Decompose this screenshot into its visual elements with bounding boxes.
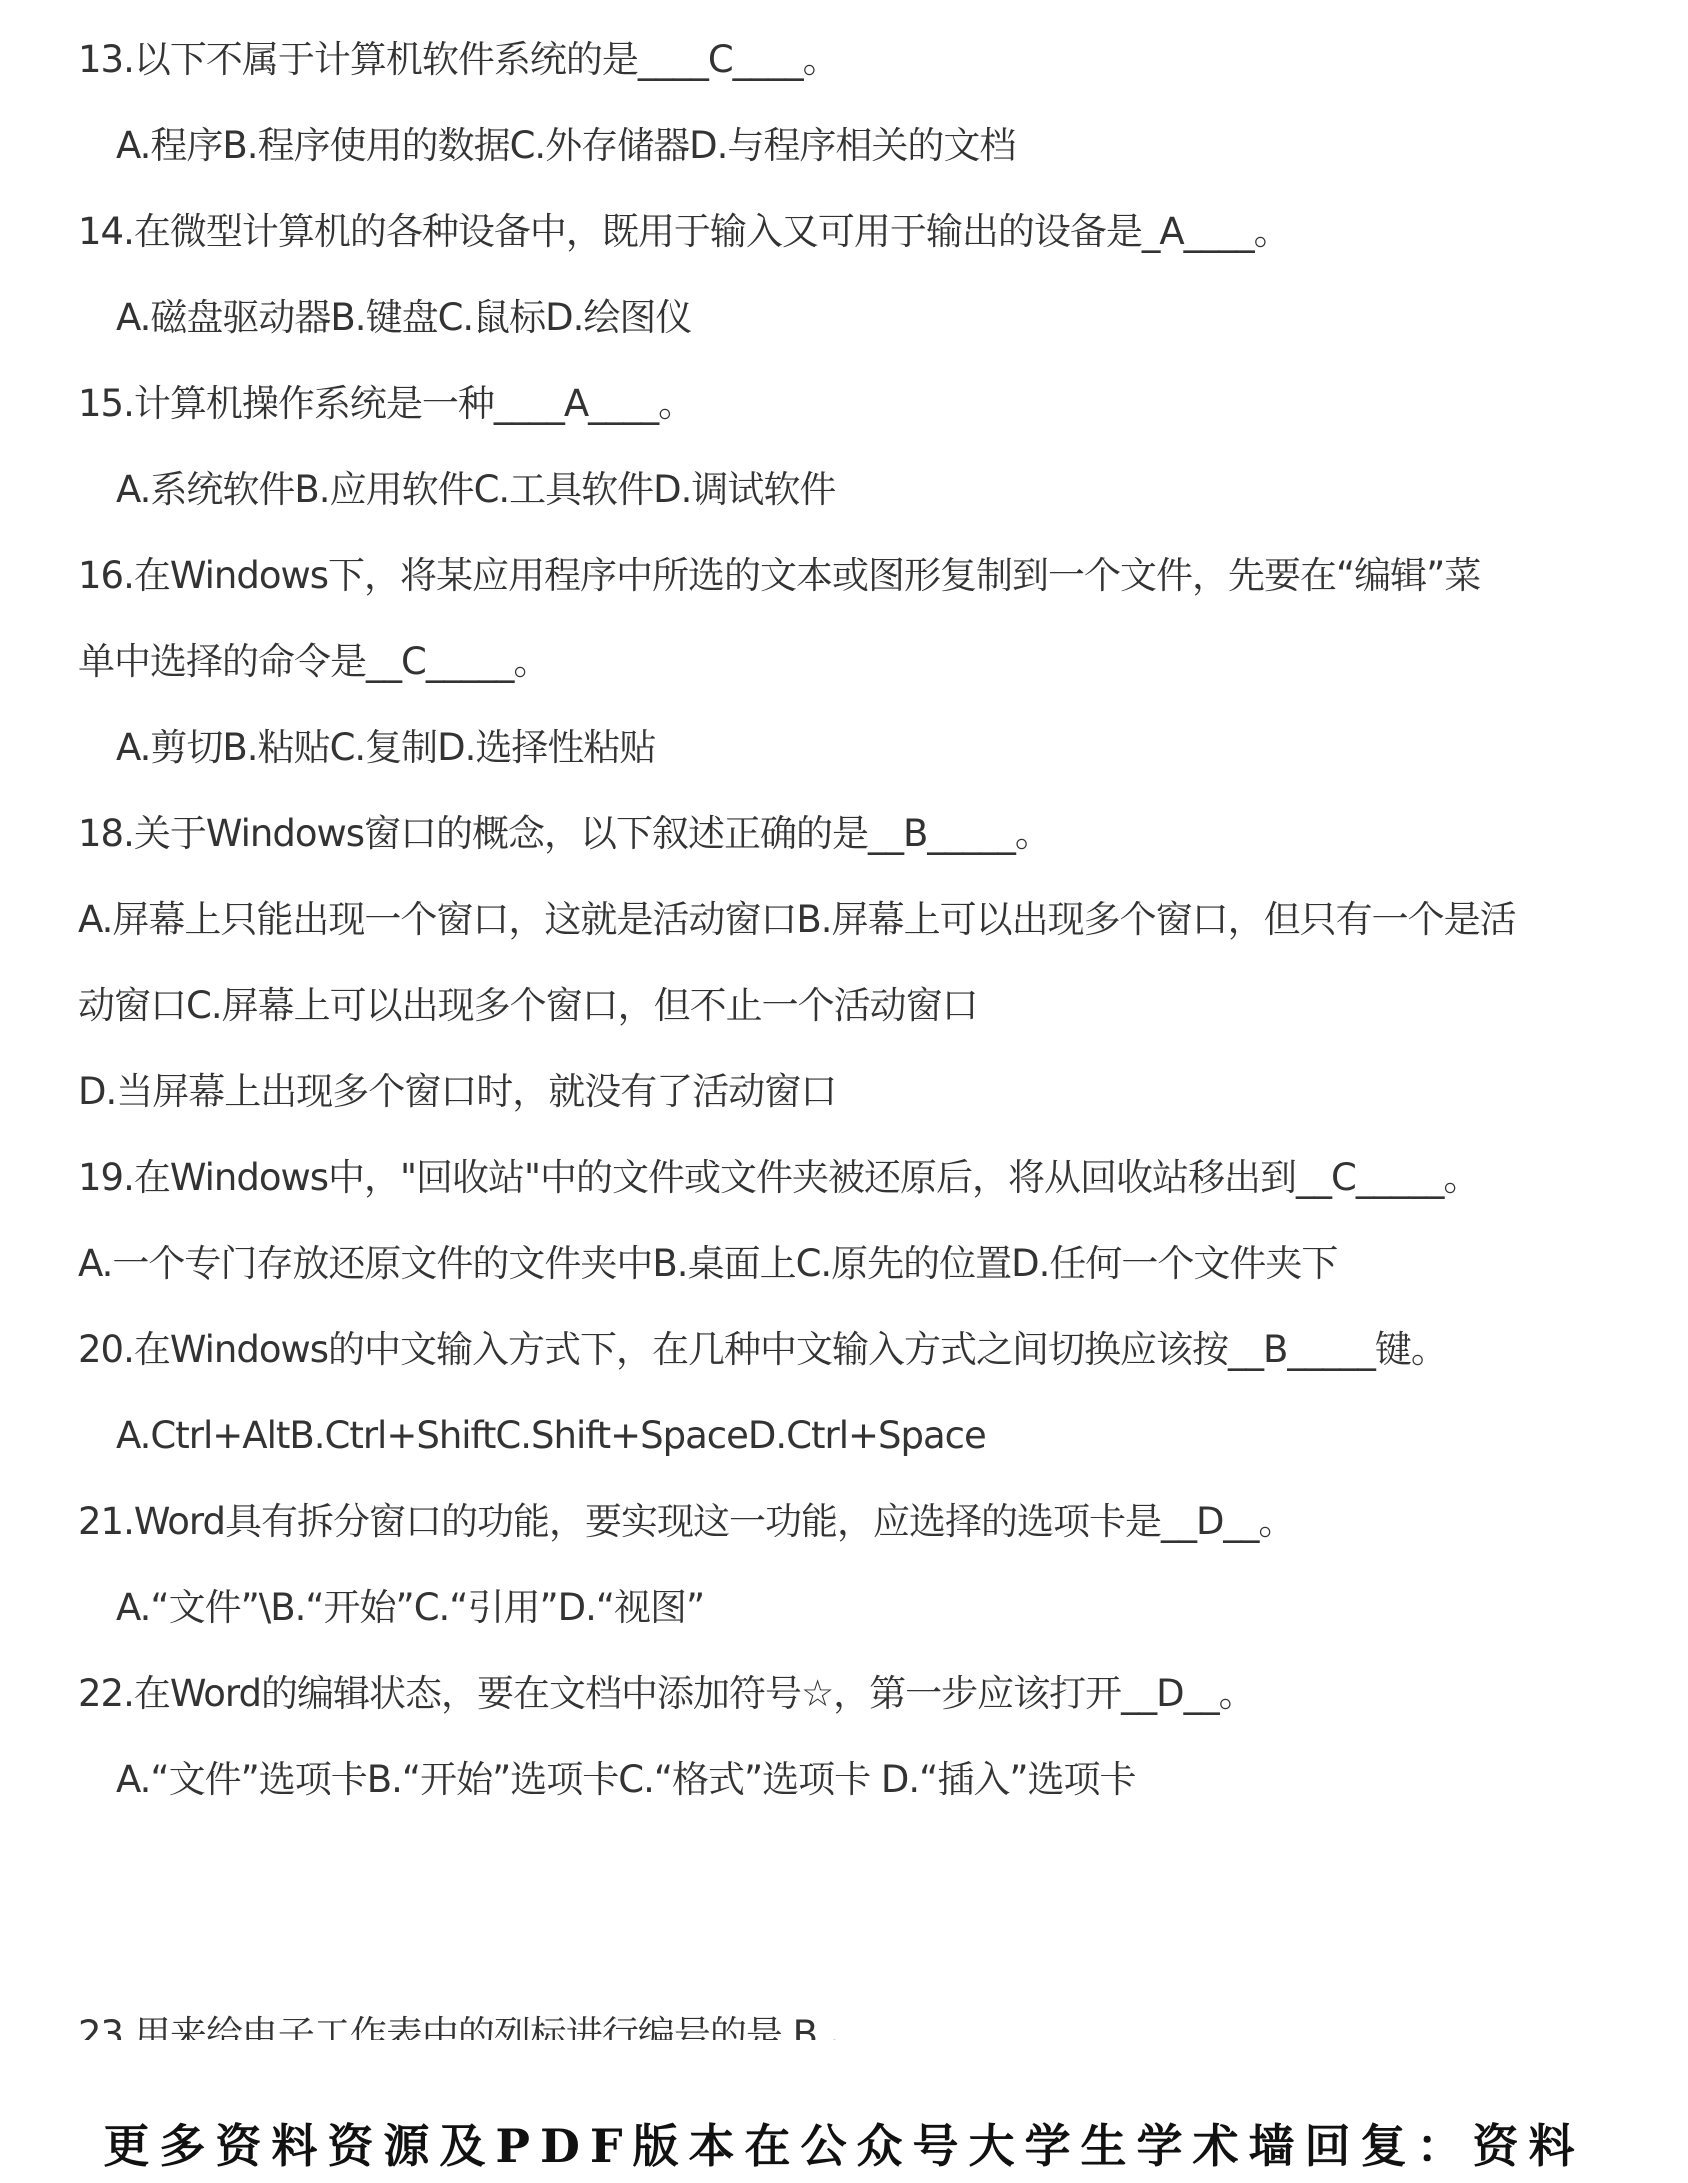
question-22: 22.在Word的编辑状态，要在文档中添加符号☆，第一步应该打开__D__。 <box>78 1669 1255 1719</box>
question-13: 13.以下不属于计算机软件系统的是____C____。 <box>78 35 839 85</box>
question-14-options: A.磁盘驱动器B.键盘C.鼠标D.绘图仪 <box>116 293 691 343</box>
question-19-options: A.一个专门存放还原文件的文件夹中B.桌面上C.原先的位置D.任何一个文件夹下 <box>78 1239 1337 1289</box>
question-19: 19.在Windows中，"回收站"中的文件或文件夹被还原后，将从回收站移出到_… <box>78 1153 1479 1203</box>
question-23-partial: 23.用来给电子工作表中的列标进行编号的是 B 。 <box>78 2010 864 2040</box>
question-16-cont: 单中选择的命令是__C_____。 <box>78 637 549 687</box>
promo-footer: 更多资料资源及PDF版本在公众号大学生学术墙回复：资料 <box>0 2110 1688 2176</box>
question-14: 14.在微型计算机的各种设备中，既用于输入又可用于输出的设备是_A____。 <box>78 207 1290 257</box>
question-22-options: A.“文件”选项卡B.“开始”选项卡C.“格式”选项卡 D.“插入”选项卡 <box>116 1755 1136 1805</box>
question-15-options: A.系统软件B.应用软件C.工具软件D.调试软件 <box>116 465 835 515</box>
question-16-options: A.剪切B.粘贴C.复制D.选择性粘贴 <box>116 723 655 773</box>
question-20: 20.在Windows的中文输入方式下，在几种中文输入方式之间切换应该按__B_… <box>78 1325 1447 1375</box>
question-18-options-d: D.当屏幕上出现多个窗口时，就没有了活动窗口 <box>78 1067 836 1117</box>
question-16: 16.在Windows下，将某应用程序中所选的文本或图形复制到一个文件，先要在“… <box>78 551 1480 601</box>
question-13-options: A.程序B.程序使用的数据C.外存储器D.与程序相关的文档 <box>116 121 1015 171</box>
question-21-options: A.“文件”\B.“开始”C.“引用”D.“视图” <box>116 1583 704 1633</box>
question-18: 18.关于Windows窗口的概念，以下叙述正确的是__B_____。 <box>78 809 1051 859</box>
question-18-options-c: 动窗口C.屏幕上可以出现多个窗口，但不止一个活动窗口 <box>78 981 978 1031</box>
question-15: 15.计算机操作系统是一种____A____。 <box>78 379 694 429</box>
question-18-options-a-b: A.屏幕上只能出现一个窗口，这就是活动窗口B.屏幕上可以出现多个窗口，但只有一个… <box>78 895 1516 945</box>
question-20-options: A.Ctrl+AltB.Ctrl+ShiftC.Shift+SpaceD.Ctr… <box>116 1411 986 1461</box>
question-21: 21.Word具有拆分窗口的功能，要实现这一功能，应选择的选项卡是__D__。 <box>78 1497 1294 1547</box>
